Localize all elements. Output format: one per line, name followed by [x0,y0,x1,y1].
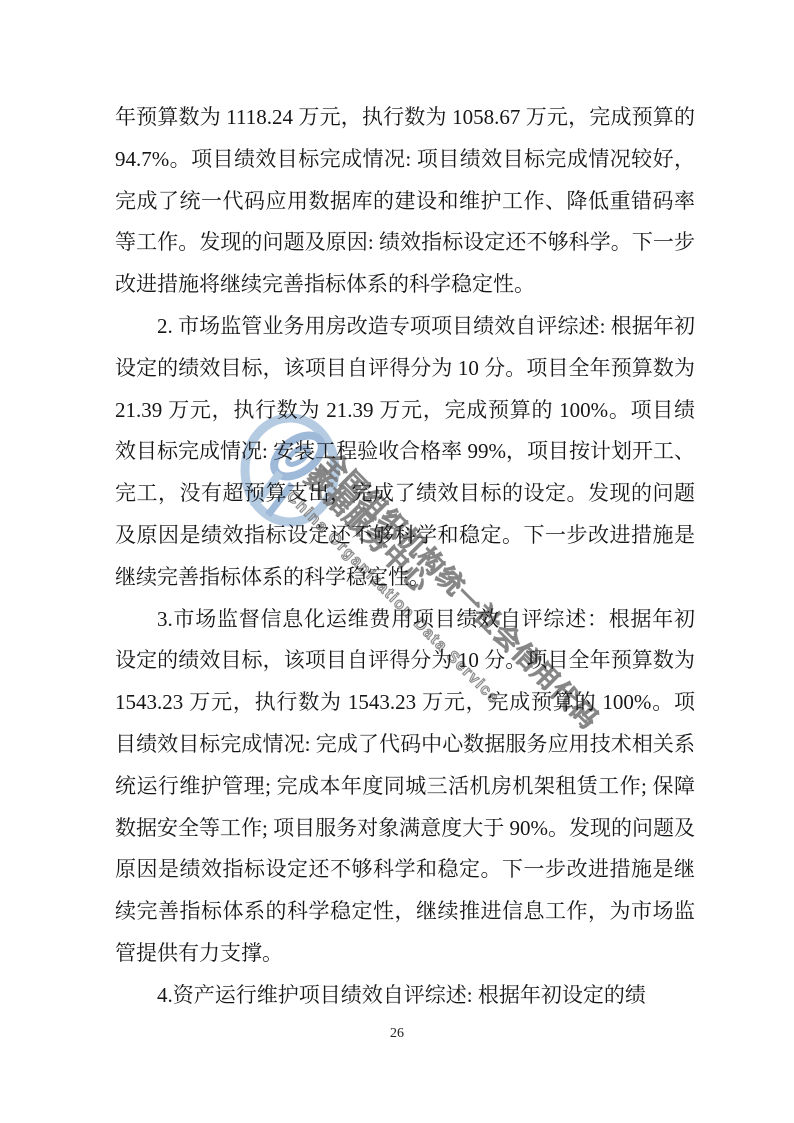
document-page: 全国组织机构统一社会信用代码 数据服务中心 China Organization… [0,0,794,1123]
paragraph: 3.市场监督信息化运维费用项目绩效自评综述：根据年初设定的绩效目标，该项目自评得… [115,599,695,975]
paragraph: 2. 市场监管业务用房改造专项项目绩效自评综述: 根据年初设定的绩效目标，该项目… [115,306,695,599]
document-body: 年预算数为 1118.24 万元，执行数为 1058.67 万元，完成预算的 9… [115,97,695,1017]
page-number: 26 [0,1026,794,1042]
paragraph: 年预算数为 1118.24 万元，执行数为 1058.67 万元，完成预算的 9… [115,97,695,306]
paragraph: 4.资产运行维护项目绩效自评综述: 根据年初设定的绩 [115,975,695,1017]
